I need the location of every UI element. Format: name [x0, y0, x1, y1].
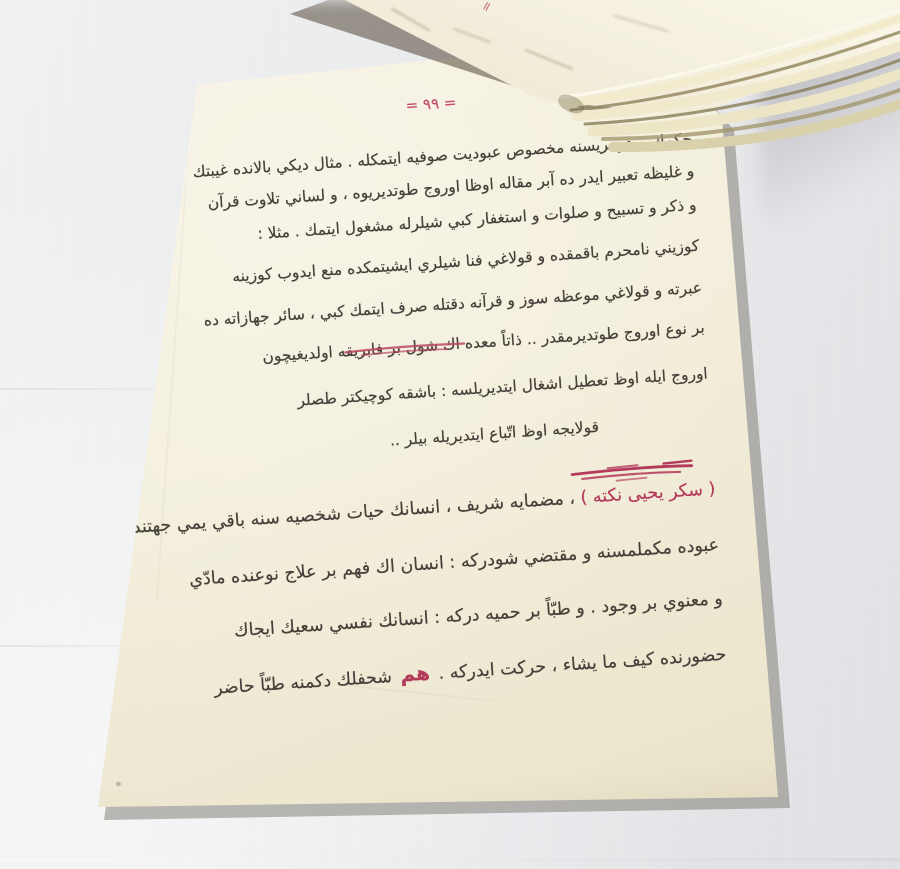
manuscript-line-text: شحفلك دكمنه طبّاً حاضر	[213, 667, 392, 699]
bleed-mark	[453, 27, 492, 43]
red-inline-heading: ( سكر يحيى نكته )	[580, 479, 716, 508]
lifted-page-number-red: = ٩٨ =	[478, 0, 512, 15]
manuscript-line: اوروج ايله اوظ تعطيل اشغال ايتديريلسه : …	[297, 364, 708, 409]
manuscript-line: قولايجه اوظ اتّباع ايتديريله بيلر ..	[389, 418, 599, 450]
photo-of-manuscript: = ٩٩ = چكمك و هر بريسنه مخصوص عبوديت صوف…	[0, 0, 900, 869]
manuscript-line: كوزيني نامحرم باقمقده و قولاغي فنا شيلري…	[232, 237, 700, 286]
manuscript-line: و معنوي بر وجود . و طبّاً بر حميه دركه :…	[234, 589, 724, 641]
paper-speck	[116, 782, 121, 786]
manuscript-line: عبوده مكملمسنه و مقتضي شودركه : انسان اك…	[189, 535, 720, 590]
paper-crease	[155, 180, 187, 599]
manuscript-line: بر نوع اوروج طوتديرمقدر .. ذاتاً معده اك…	[262, 319, 705, 366]
manuscript-line: عبرته و قولاغي موعظه سوز و قرآنه دقتله ص…	[203, 279, 702, 330]
manuscript-line-text: ، مضمايه شريف ، انسانك حيات شخصيه سنه با…	[94, 489, 575, 541]
fabric-seam	[0, 858, 900, 861]
page-number-red: = ٩٩ =	[385, 92, 476, 116]
manuscript-line: حضورنده كيف ما يشاء ، حركت ايدركه . هم ش…	[213, 641, 727, 699]
red-highlight-word: هم	[397, 660, 434, 686]
manuscript-line-text: حضورنده كيف ما يشاء ، حركت ايدركه .	[438, 645, 727, 684]
manuscript-line: ( سكر يحيى نكته ) ، مضمايه شريف ، انسانك…	[94, 479, 715, 540]
page-curl-edges	[525, 0, 900, 155]
